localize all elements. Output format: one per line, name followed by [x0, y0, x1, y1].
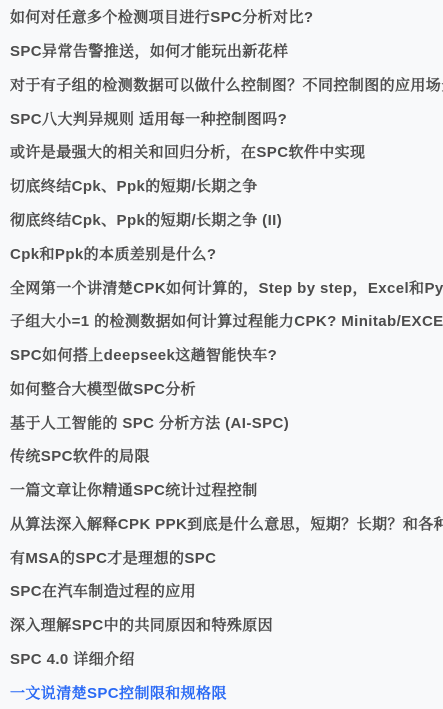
article-link[interactable]: 如何对任意多个检测项目进行SPC分析对比?	[0, 0, 443, 34]
article-link[interactable]: 切底终结Cpk、Ppk的短期/长期之争	[0, 169, 443, 203]
article-link[interactable]: 传统SPC软件的局限	[0, 439, 443, 473]
article-link[interactable]: 如何整合大模型做SPC分析	[0, 371, 443, 405]
article-link[interactable]: SPC 4.0 详细介绍	[0, 642, 443, 676]
article-link[interactable]: 深入理解SPC中的共同原因和特殊原因	[0, 608, 443, 642]
article-link[interactable]: 有MSA的SPC才是理想的SPC	[0, 540, 443, 574]
article-link[interactable]: SPC在汽车制造过程的应用	[0, 574, 443, 608]
article-link[interactable]: 一篇文章让你精通SPC统计过程控制	[0, 473, 443, 507]
article-link[interactable]: 全网第一个讲清楚CPK如何计算的，Step by step，Excel和Pyth…	[0, 270, 443, 304]
article-link[interactable]: SPC八大判异规则 适用每一种控制图吗?	[0, 101, 443, 135]
article-link[interactable]: 或许是最强大的相关和回归分析，在SPC软件中实现	[0, 135, 443, 169]
article-link[interactable]: 基于人工智能的 SPC 分析方法 (AI-SPC)	[0, 405, 443, 439]
article-link[interactable]: 对于有子组的检测数据可以做什么控制图？不同控制图的应用场景...	[0, 68, 443, 102]
article-link[interactable]: 子组大小=1 的检测数据如何计算过程能力CPK? Minitab/EXCEL/P…	[0, 304, 443, 338]
article-link[interactable]: 彻底终结Cpk、Ppk的短期/长期之争 (II)	[0, 203, 443, 237]
article-link[interactable]: 从算法深入解释CPK PPK到底是什么意思，短期？长期？和各种标...	[0, 506, 443, 540]
article-link-highlighted[interactable]: 一文说清楚SPC控制限和规格限	[0, 675, 443, 709]
article-list: 如何对任意多个检测项目进行SPC分析对比?SPC异常告警推送，如何才能玩出新花样…	[0, 0, 443, 709]
article-link[interactable]: Cpk和Ppk的本质差别是什么?	[0, 236, 443, 270]
article-link[interactable]: SPC如何搭上deepseek这趟智能快车?	[0, 338, 443, 372]
article-link[interactable]: SPC异常告警推送，如何才能玩出新花样	[0, 34, 443, 68]
